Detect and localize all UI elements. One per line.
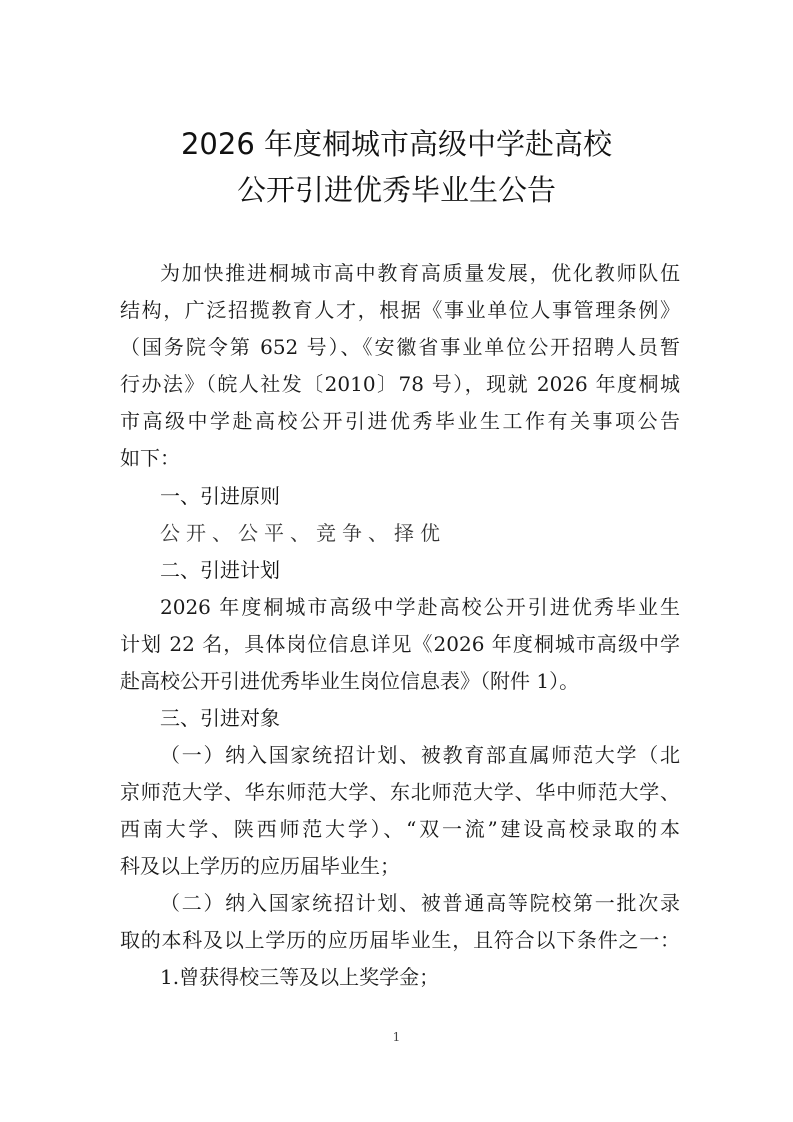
intro-line: 市高级中学赴高校公开引进优秀毕业生工作有关事项公告: [120, 406, 680, 436]
targets-line: （二）纳入国家统招计划、被普通高等院校第一批次录: [160, 888, 680, 918]
plan-line: 计划 22 名，具体岗位信息详见《2026 年度桐城市高级中学: [120, 629, 680, 659]
plan-line: 2026 年度桐城市高级中学赴高校公开引进优秀毕业生: [160, 592, 680, 622]
principles-text: 公开、公平、竞争、择优: [160, 518, 446, 548]
section-heading-principles: 一、引进原则: [160, 481, 280, 511]
targets-line: 1.曾获得校三等及以上奖学金；: [160, 962, 680, 992]
intro-line: 为加快推进桐城市高中教育高质量发展，优化教师队伍: [160, 258, 680, 288]
document-title-line-1: 2026 年度桐城市高级中学赴高校: [0, 124, 793, 164]
plan-line: 赴高校公开引进优秀毕业生岗位信息表》（附件 1）。: [120, 666, 680, 696]
targets-line: 取的本科及以上学历的应历届毕业生，且符合以下条件之一：: [120, 925, 680, 955]
document-page: 2026 年度桐城市高级中学赴高校 公开引进优秀毕业生公告 为加快推进桐城市高中…: [0, 0, 793, 1122]
page-number: 1: [0, 1030, 793, 1044]
section-heading-targets: 三、引进对象: [160, 703, 280, 733]
document-title-line-2: 公开引进优秀毕业生公告: [0, 170, 793, 210]
intro-line: （国务院令第 652 号）、《安徽省事业单位公开招聘人员暂: [120, 332, 680, 362]
targets-line: 京师范大学、华东师范大学、东北师范大学、华中师范大学、: [120, 777, 680, 807]
targets-line: （一）纳入国家统招计划、被教育部直属师范大学（北: [160, 740, 680, 770]
section-heading-plan: 二、引进计划: [160, 555, 280, 585]
intro-line: 如下：: [120, 443, 680, 473]
targets-line: 科及以上学历的应历届毕业生；: [120, 851, 680, 881]
intro-line: 行办法》（皖人社发〔2010〕78 号），现就 2026 年度桐城: [120, 369, 680, 399]
targets-line: 西南大学、陕西师范大学）、“双一流”建设高校录取的本: [120, 814, 680, 844]
intro-line: 结构，广泛招揽教育人才，根据《事业单位人事管理条例》: [120, 295, 680, 325]
